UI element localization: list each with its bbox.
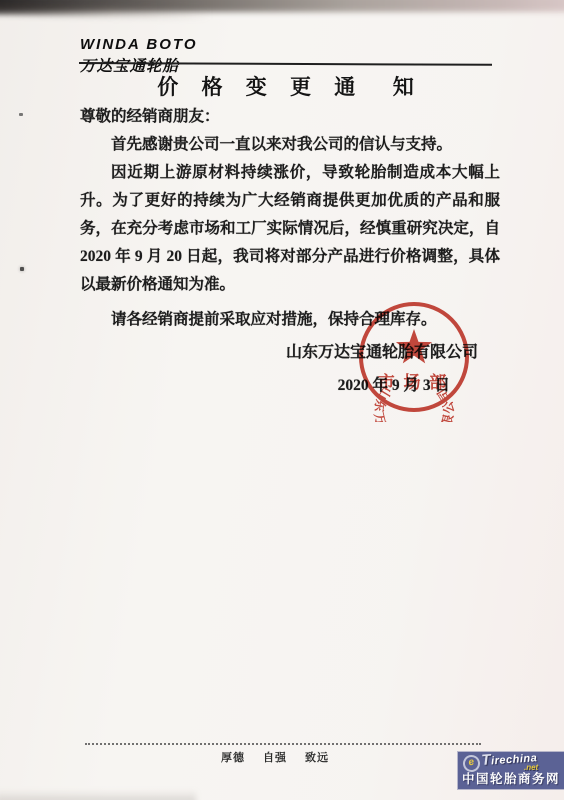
motto-word-3: 致远	[305, 752, 329, 764]
paragraph-thanks: 首先感谢贵公司一直以来对我公司的信认与支持。	[80, 131, 500, 159]
scan-speck	[19, 113, 23, 116]
company-logo-en-text: WINDA BOTO	[80, 36, 198, 53]
seal-star-icon	[396, 329, 432, 363]
tirechina-site-name: 中国轮胎商务网	[458, 769, 564, 787]
scan-speck	[20, 267, 24, 271]
seal-department-label: 市 场 部	[378, 372, 448, 392]
document-title: 价 格 变 更 通 知	[80, 71, 500, 101]
tirechina-watermark: e Tirechina .net 中国轮胎商务网	[458, 752, 564, 789]
motto-word-1: 厚德	[221, 752, 245, 764]
footer-divider	[85, 743, 481, 745]
scan-shadow-bottom	[0, 790, 196, 800]
motto-word-2: 自强	[263, 752, 287, 764]
company-motto: 厚德自强致远	[85, 749, 465, 765]
company-seal: 山东万达宝通轮胎有限公司 市 场 部	[349, 292, 479, 422]
scanned-letter-page: WINDA BOTO 万达宝通轮胎 价 格 变 更 通 知 尊敬的经销商朋友： …	[0, 0, 564, 800]
company-logo: WINDA BOTO 万达宝通轮胎	[80, 36, 198, 76]
salutation: 尊敬的经销商朋友：	[80, 103, 500, 131]
paragraph-price-change: 因近期上游原材料持续涨价，导致轮胎制造成本大幅上升。为了更好的持续为广大经销商提…	[80, 159, 500, 299]
